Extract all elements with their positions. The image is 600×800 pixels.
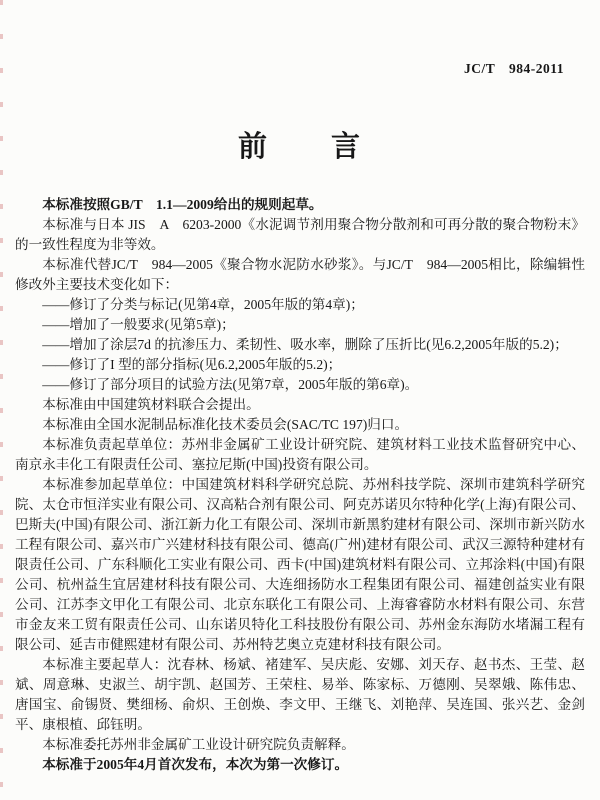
para-interpretation: 本标准委托苏州非金属矿工业设计研究院负责解释。 bbox=[15, 735, 585, 755]
document-page: JC/T 984-2011 前 言 本标准按照GB/T 1.1—2009给出的规… bbox=[0, 0, 600, 800]
para-jis-consistency: 本标准与日本 JIS A 6203-2000《水泥调节剂用聚合物分散剂和可再分散… bbox=[15, 215, 585, 255]
page-title: 前 言 bbox=[0, 124, 600, 165]
change-item-general-requirements: ——增加了一般要求(见第5章)； bbox=[15, 315, 585, 335]
para-chief-drafters: 本标准主要起草人：沈春林、杨斌、褚建军、吴庆彪、安娜、刘天存、赵书杰、王莹、赵斌… bbox=[15, 655, 585, 735]
change-item-test-methods: ——修订了部分项目的试验方法(见第7章，2005年版的第6章)。 bbox=[15, 375, 585, 395]
para-first-issued: 本标准于2005年4月首次发布，本次为第一次修订。 bbox=[15, 755, 585, 775]
scan-edge-artifact bbox=[0, 0, 3, 800]
change-item-classification: ——修订了分类与标记(见第4章，2005年版的第4章)； bbox=[15, 295, 585, 315]
para-replaces-previous: 本标准代替JC/T 984—2005《聚合物水泥防水砂浆》。与JC/T 984—… bbox=[15, 255, 585, 295]
page-header: JC/T 984-2011 bbox=[464, 57, 564, 77]
change-item-type-1-index: ——修订了I 型的部分指标(见6.2,2005年版的5.2)； bbox=[15, 355, 585, 375]
standard-number: JC/T 984-2011 bbox=[464, 61, 564, 76]
para-centralized-by: 本标准由全国水泥制品标准化技术委员会(SAC/TC 197)归口。 bbox=[15, 415, 585, 435]
change-item-coating-7d: ——增加了涂层7d 的抗渗压力、柔韧性、吸水率，删除了压折比(见6.2,2005… bbox=[15, 335, 585, 355]
para-drafting-basis: 本标准按照GB/T 1.1—2009给出的规则起草。 bbox=[15, 195, 585, 215]
para-proposed-by: 本标准由中国建筑材料联合会提出。 bbox=[15, 395, 585, 415]
document-body: 本标准按照GB/T 1.1—2009给出的规则起草。 本标准与日本 JIS A … bbox=[15, 195, 585, 775]
para-participating-units: 本标准参加起草单位：中国建筑材料科学研究总院、苏州科技学院、深圳市建筑科学研究院… bbox=[15, 475, 585, 655]
para-chief-drafting-units: 本标准负责起草单位：苏州非金属矿工业设计研究院、建筑材料工业技术监督研究中心、南… bbox=[15, 435, 585, 475]
